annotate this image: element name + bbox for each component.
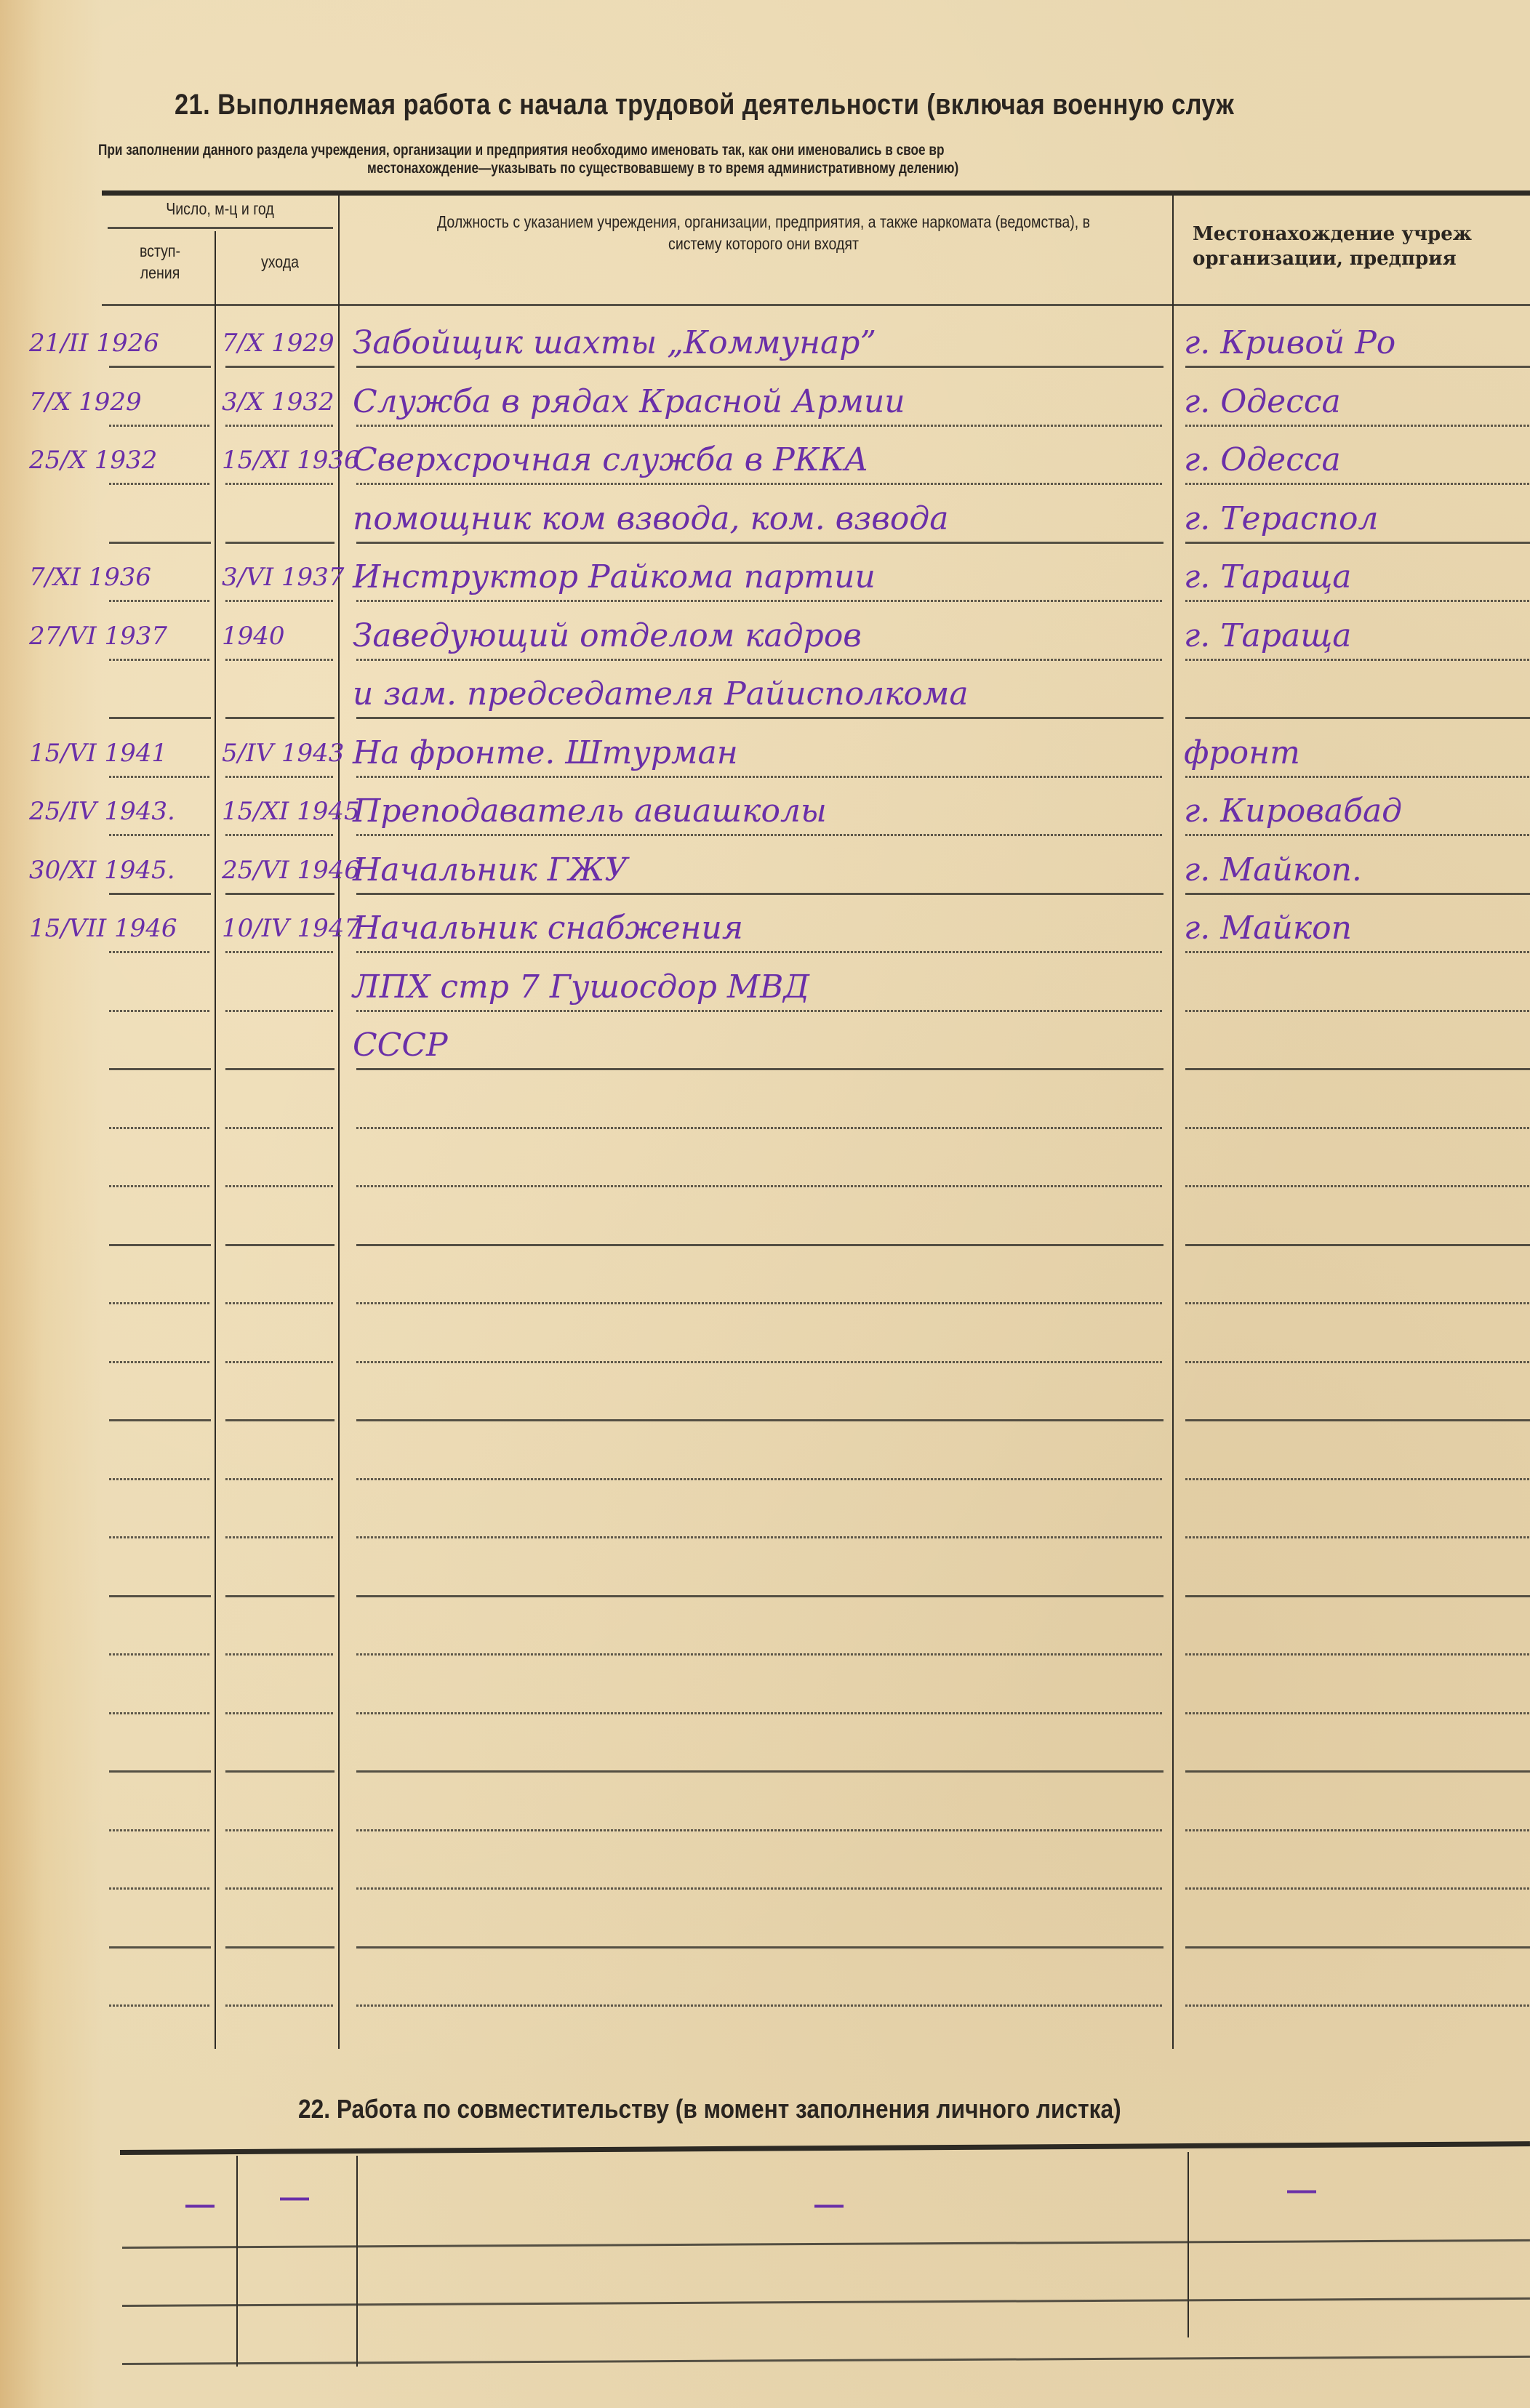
ruled-line: [225, 1244, 335, 1246]
header-end: ухода: [231, 251, 329, 273]
ruled-line: [109, 1419, 211, 1421]
ruled-line: [109, 834, 211, 836]
ruled-line: [109, 1595, 211, 1597]
header-bottom-rule: [102, 304, 1530, 306]
ruled-line: [109, 893, 211, 895]
row-date-end: 5/IV 1943: [222, 735, 344, 771]
ruled-line: [356, 366, 1163, 368]
ruled-line: [109, 1127, 211, 1129]
ruled-line: [225, 600, 335, 602]
row-position: СССР: [353, 1027, 448, 1064]
section-22-top-rule: [120, 2141, 1530, 2155]
row-date-start: 15/VI 1941: [29, 735, 167, 771]
ruled-line: [1185, 1887, 1530, 1890]
row-date-start: 21/II 1926: [29, 325, 159, 361]
ruled-line: [225, 1712, 335, 1714]
ruled-line: [1185, 1536, 1530, 1538]
row-date-end: 3/VI 1937: [222, 559, 344, 595]
ruled-line: [109, 366, 211, 368]
ruled-line: [109, 1887, 211, 1890]
ruled-line: [356, 425, 1163, 427]
row-location: г. Тераспол: [1184, 501, 1378, 537]
ruled-line: [1185, 600, 1530, 602]
row-location: г. Майкоп.: [1184, 852, 1362, 888]
ruled-line: [109, 483, 211, 485]
ruled-line: [109, 1829, 211, 1831]
ruled-line: [356, 542, 1163, 544]
ruled-line: [225, 1478, 335, 1480]
row-position: ЛПХ стр 7 Гушосдор МВД: [353, 969, 809, 1006]
ruled-line: [109, 717, 211, 719]
ruled-line: [225, 1068, 335, 1070]
ruled-line: [356, 1185, 1163, 1187]
ruled-line: [1185, 659, 1530, 661]
ruled-line: [225, 834, 335, 836]
ruled-line: [356, 776, 1163, 778]
ruled-line: [1185, 717, 1530, 719]
ruled-line: [356, 1068, 1163, 1070]
ruled-line: [356, 1595, 1163, 1597]
row-date-start: 30/XI 1945.: [29, 852, 175, 888]
ruled-line: [109, 1536, 211, 1538]
ruled-line: [356, 834, 1163, 836]
s22-rule-2: [122, 2297, 1530, 2307]
s22-divider-1: [236, 2156, 238, 2367]
row-position: Начальник ГЖУ: [353, 852, 628, 888]
row-location: г. Тараща: [1184, 559, 1351, 595]
ruled-line: [1185, 1361, 1530, 1363]
ruled-line: [1185, 1068, 1530, 1070]
row-date-start: 25/X 1932: [29, 442, 157, 478]
row-location: г. Тараща: [1184, 618, 1351, 654]
ruled-line: [109, 542, 211, 544]
ruled-line: [109, 2004, 211, 2007]
ruled-line: [1185, 1829, 1530, 1831]
header-location: Местонахождение учреж организации, предп…: [1193, 222, 1530, 271]
ruled-line: [225, 717, 335, 719]
row-position: и зам. председателя Райисполкома: [353, 676, 969, 713]
ruled-line: [225, 1127, 335, 1129]
ruled-line: [1185, 366, 1530, 368]
ruled-line: [225, 776, 335, 778]
s22-divider-2: [356, 2156, 358, 2367]
ruled-line: [356, 2004, 1163, 2007]
ruled-line: [109, 659, 211, 661]
ruled-line: [225, 1010, 335, 1012]
s22-position-dash: —: [814, 2188, 844, 2221]
ruled-line: [356, 1478, 1163, 1480]
ruled-line: [356, 1127, 1163, 1129]
ruled-line: [225, 1419, 335, 1421]
ruled-line: [1185, 1712, 1530, 1714]
ruled-line: [1185, 1478, 1530, 1480]
ruled-line: [1185, 1419, 1530, 1421]
ruled-line: [225, 1185, 335, 1187]
row-position: Сверхсрочная служба в РККА: [353, 442, 868, 478]
s22-rule-3: [122, 2356, 1530, 2365]
ruled-line: [356, 659, 1163, 661]
ruled-line: [1185, 1946, 1530, 1949]
row-date-end: 1940: [222, 618, 285, 654]
ruled-line: [225, 893, 335, 895]
ruled-line: [109, 600, 211, 602]
ruled-line: [356, 1887, 1163, 1890]
ruled-line: [1185, 1302, 1530, 1304]
row-date-end: 10/IV 1947: [222, 910, 360, 947]
ruled-line: [356, 1829, 1163, 1831]
ruled-line: [225, 1829, 335, 1831]
row-position: Забойщик шахты „Коммунар”: [353, 325, 876, 361]
ruled-line: [1185, 1595, 1530, 1597]
ruled-line: [356, 1536, 1163, 1538]
row-location: г. Одесса: [1184, 384, 1341, 420]
ruled-line: [356, 1770, 1163, 1773]
ruled-line: [356, 1946, 1163, 1949]
row-position: Инструктор Райкома партии: [353, 559, 876, 595]
ruled-line: [356, 1361, 1163, 1363]
column-divider-position-location: [1172, 190, 1174, 2049]
ruled-line: [1185, 2004, 1530, 2007]
row-position: На фронте. Штурман: [353, 735, 738, 771]
ruled-line: [225, 1302, 335, 1304]
ruled-line: [225, 366, 335, 368]
ruled-line: [356, 600, 1163, 602]
ruled-line: [356, 1419, 1163, 1421]
ruled-line: [356, 1010, 1163, 1012]
ruled-line: [1185, 1653, 1530, 1655]
ruled-line: [109, 1361, 211, 1363]
header-position: Должность с указанием учреждения, органи…: [436, 211, 1092, 254]
row-date-end: 15/XI 1945: [222, 793, 360, 830]
ruled-line: [109, 1068, 211, 1070]
ruled-line: [225, 951, 335, 953]
ruled-line: [1185, 834, 1530, 836]
header-date-underline: [108, 227, 333, 229]
row-position: Служба в рядах Красной Армии: [353, 384, 905, 420]
ruled-line: [225, 1887, 335, 1890]
ruled-line: [109, 1244, 211, 1246]
row-date-end: 7/X 1929: [222, 325, 335, 361]
row-date-start: 7/XI 1936: [29, 559, 151, 595]
ruled-line: [1185, 1244, 1530, 1246]
ruled-line: [1185, 951, 1530, 953]
row-location: г. Одесса: [1184, 442, 1341, 478]
ruled-line: [1185, 542, 1530, 544]
ruled-line: [225, 1361, 335, 1363]
ruled-line: [225, 1595, 335, 1597]
ruled-line: [109, 1770, 211, 1773]
ruled-line: [109, 1712, 211, 1714]
ruled-line: [225, 1536, 335, 1538]
ruled-line: [225, 1653, 335, 1655]
s22-location-dash: —: [1287, 2174, 1316, 2207]
row-date-end: 3/X 1932: [222, 384, 335, 420]
ruled-line: [1185, 425, 1530, 427]
ruled-line: [356, 1244, 1163, 1246]
ruled-line: [356, 893, 1163, 895]
section-21-title: 21. Выполняемая работа с начала трудовой…: [175, 89, 1234, 121]
ruled-line: [1185, 1185, 1530, 1187]
section-21-note-line-1: При заполнении данного раздела учреждени…: [98, 142, 945, 159]
row-position: помощник ком взвода, ком. взвода: [353, 501, 949, 537]
ruled-line: [356, 1302, 1163, 1304]
row-date-end: 25/VI 1946: [222, 852, 360, 888]
row-location: фронт: [1184, 735, 1300, 771]
row-position: Заведующий отделом кадров: [353, 618, 862, 654]
ruled-line: [225, 483, 335, 485]
ruled-line: [109, 951, 211, 953]
section-22-title: 22. Работа по совместительству (в момент…: [298, 2094, 1121, 2124]
table-top-rule: [102, 190, 1530, 196]
ruled-line: [1185, 893, 1530, 895]
ruled-line: [356, 717, 1163, 719]
ruled-line: [109, 1478, 211, 1480]
header-start: вступ- ления: [111, 240, 209, 284]
ruled-line: [109, 425, 211, 427]
s22-end-dash: —: [280, 2181, 309, 2214]
ruled-line: [225, 1946, 335, 1949]
row-date-start: 7/X 1929: [29, 384, 142, 420]
row-date-end: 15/XI 1936: [222, 442, 360, 478]
s22-rule-1: [122, 2239, 1530, 2249]
ruled-line: [1185, 1127, 1530, 1129]
row-date-start: 25/IV 1943.: [29, 793, 175, 830]
ruled-line: [109, 1653, 211, 1655]
ruled-line: [109, 776, 211, 778]
ruled-line: [109, 1185, 211, 1187]
row-position: Начальник снабжения: [353, 910, 743, 947]
ruled-line: [356, 1653, 1163, 1655]
row-date-start: 27/VI 1937: [29, 618, 167, 654]
ruled-line: [225, 1770, 335, 1773]
ruled-line: [109, 1010, 211, 1012]
ruled-line: [356, 483, 1163, 485]
s22-start-dash: —: [185, 2188, 215, 2221]
ruled-line: [356, 951, 1163, 953]
s22-divider-3: [1187, 2152, 1189, 2337]
header-date-group: Число, м-ц и год: [119, 198, 320, 220]
ruled-line: [225, 425, 335, 427]
ruled-line: [225, 2004, 335, 2007]
ruled-line: [1185, 776, 1530, 778]
row-location: г. Кировабад: [1184, 793, 1402, 830]
row-date-start: 15/VII 1946: [29, 910, 177, 947]
ruled-line: [1185, 1770, 1530, 1773]
ruled-line: [1185, 483, 1530, 485]
ruled-line: [109, 1302, 211, 1304]
ruled-line: [225, 659, 335, 661]
column-divider-start-end: [215, 231, 216, 2049]
row-position: Преподаватель авиашколы: [353, 793, 827, 830]
ruled-line: [1185, 1010, 1530, 1012]
row-location: г. Кривой Ро: [1184, 325, 1395, 361]
ruled-line: [356, 1712, 1163, 1714]
ruled-line: [109, 1946, 211, 1949]
row-location: г. Майкоп: [1184, 910, 1352, 947]
section-21-note-line-2: местонахождение—указывать по существовав…: [367, 160, 958, 177]
ruled-line: [225, 542, 335, 544]
